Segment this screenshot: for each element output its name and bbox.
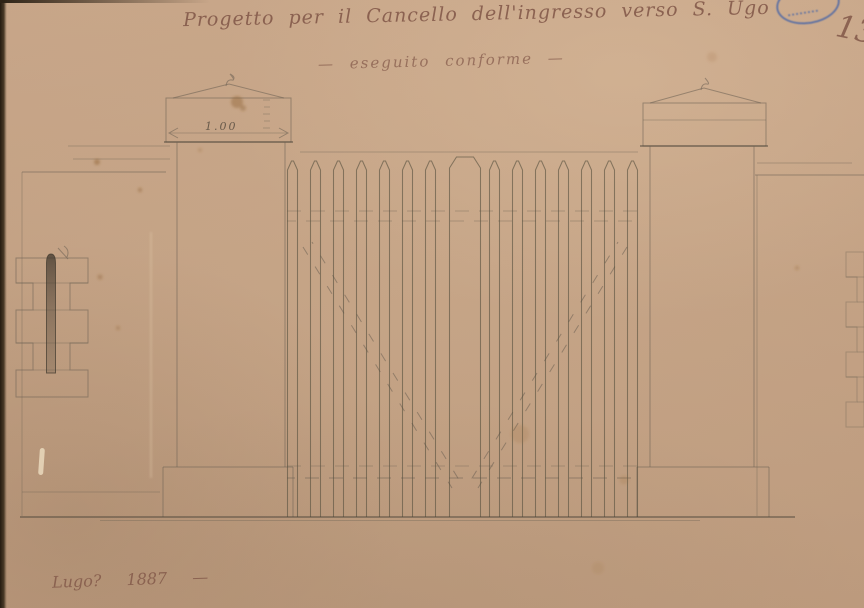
right-pillar-pediment [650, 88, 761, 103]
left-pillar: 1.00 [163, 74, 293, 517]
left-pillar-pediment [173, 84, 284, 98]
dimension-label: 1.00 [205, 120, 238, 133]
left-pillar-base [163, 467, 293, 517]
gate-braces [303, 242, 627, 488]
right-masonry-detail [846, 252, 864, 427]
right-pillar [637, 78, 769, 517]
ground-line [20, 517, 795, 521]
right-pillar-base [637, 467, 769, 517]
gate [287, 152, 638, 517]
left-masonry-detail [16, 246, 88, 397]
loophole-slot [47, 254, 56, 373]
right-wall [755, 163, 864, 516]
left-wall [22, 146, 170, 516]
cap-dimension: 1.00 [169, 100, 288, 138]
paper-crease [150, 232, 152, 478]
scanned-drawing-page: Progetto per il Cancello dell'ingresso v… [0, 0, 864, 608]
gate-rails [287, 211, 638, 478]
paper-stains [94, 52, 799, 574]
drawing-svg: 1.00 [0, 0, 864, 608]
